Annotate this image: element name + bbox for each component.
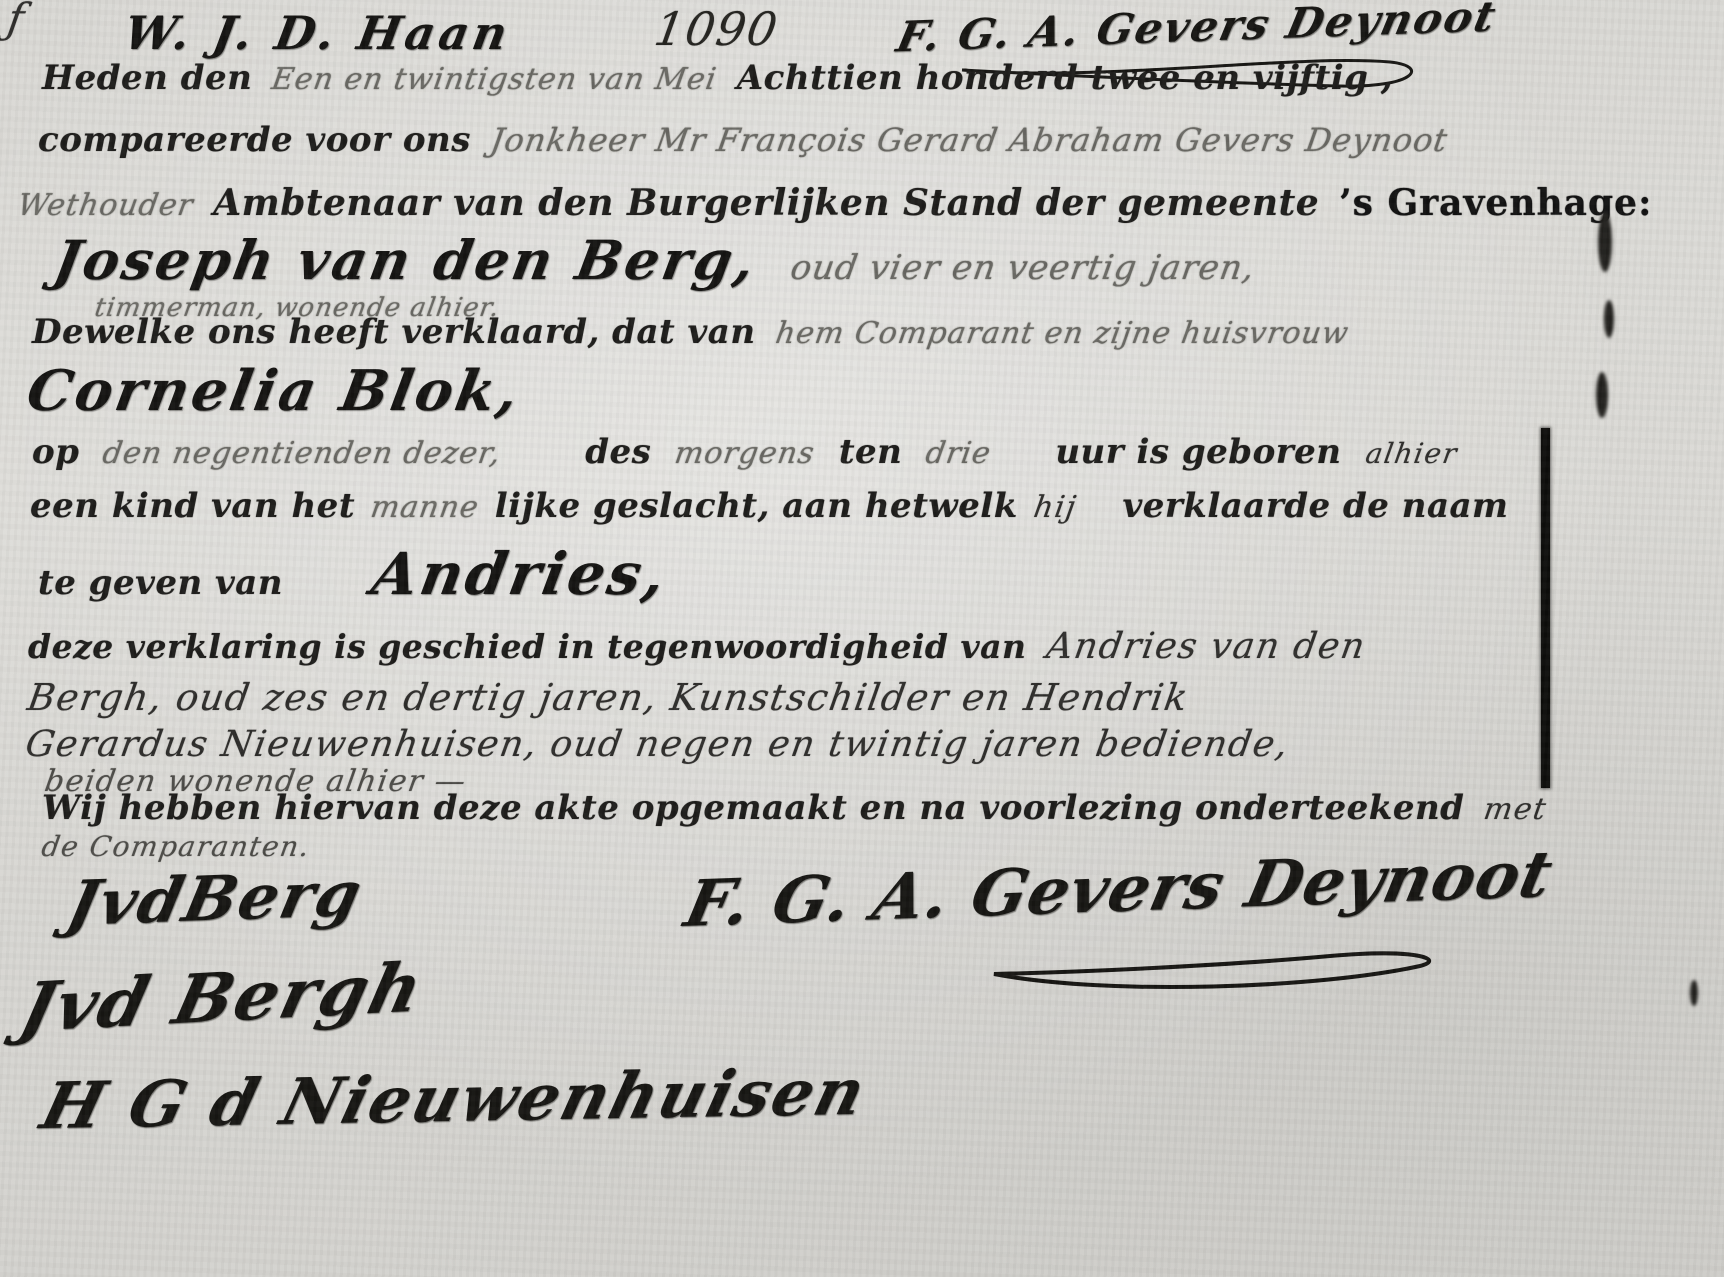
form-line-declarant: Joseph van den Berg, oud vier en veertig… (55, 228, 1255, 292)
act-number: 1090 (651, 2, 783, 56)
signature-nieuwenhuisen-witness: H G d Nieuwenhuisen (34, 1055, 874, 1144)
printed-text: lijke geslacht, aan hetwelk (495, 486, 1018, 526)
ink-speck (1598, 212, 1612, 272)
ink-speck (1690, 980, 1698, 1006)
printed-text: te geven van (38, 563, 283, 603)
handwritten-text: Bergh, oud zes en dertig jaren, Kunstsch… (25, 676, 1192, 719)
handwritten-text: hem Comparant en zijne huisvrouw (773, 316, 1351, 351)
handwritten-text: alhier (1363, 437, 1460, 470)
form-line-closing: Wij hebben hiervan deze akte opgemaakt e… (42, 788, 1547, 828)
printed-text: compareerde voor ons (38, 120, 471, 160)
ink-speck (1604, 300, 1614, 338)
printed-text: Heden den (42, 58, 252, 98)
handwritten-text: drie (924, 436, 994, 471)
handwritten-text: den negentienden dezer, (101, 436, 504, 471)
printed-text: verklaarde de naam (1123, 486, 1509, 526)
handwritten-text: de Comparanten. (39, 830, 312, 863)
printed-text: Dewelke ons heeft verklaard, dat van (32, 312, 756, 352)
form-line-official: compareerde voor ons Jonkheer Mr Françoi… (38, 120, 1447, 160)
handwritten-text: Jonkheer Mr François Gerard Abraham Geve… (488, 121, 1451, 159)
handwritten-text: Wethouder (15, 188, 196, 223)
signature-vd-bergh-witness: Jvd Bergh (13, 948, 432, 1049)
printed-text: een kind van het (30, 486, 355, 526)
form-line-date: Heden den Een en twintigsten van Mei Ach… (42, 58, 1393, 98)
handwritten-text: oud vier en veertig jaren, (788, 248, 1258, 288)
form-line-declaration: Dewelke ons heeft verklaard, dat van hem… (32, 312, 1348, 352)
margin-annotation: W. J. D. Haan (120, 6, 515, 60)
form-line-registrar: Wethouder Ambtenaar van den Burgerlijken… (18, 182, 1652, 224)
handwritten-text: Gerardus Nieuwenhuisen, oud negen en twi… (23, 724, 1292, 765)
certificate-scan: ƒ W. J. D. Haan 1090 F. G. A. Gevers Dey… (0, 0, 1724, 1277)
handwritten-text: manne (368, 490, 481, 525)
printed-text: Achttien honderd twee en vijftig , (737, 58, 1393, 98)
handwritten-name: Joseph van den Berg, (49, 228, 762, 292)
form-line-gender: een kind van het manne lijke geslacht, a… (30, 486, 1509, 526)
form-line-mother: Cornelia Blok, (28, 358, 520, 424)
form-line-witness-2: Gerardus Nieuwenhuisen, oud negen en twi… (26, 724, 1289, 765)
handwritten-name: Cornelia Blok, (22, 358, 526, 424)
printed-text: Ambtenaar van den Burgerlijken Stand der… (213, 182, 1319, 224)
handwritten-text: hij (1031, 490, 1079, 525)
handwritten-name: Andries, (367, 540, 673, 608)
printed-text: des (585, 432, 651, 472)
form-line-closing-2: de Comparanten. (42, 830, 310, 863)
form-line-child-name: te geven van Andries, (38, 540, 667, 608)
ink-speck (1596, 372, 1608, 418)
stray-pen-mark: ƒ (4, 0, 29, 43)
registrar-paraph: F. G. A. Gevers Deynoot (892, 0, 1501, 61)
handwritten-text: Een en twintigsten van Mei (270, 62, 720, 97)
handwritten-text: met (1482, 792, 1550, 827)
signature-joseph-van-den-berg: JvdBerg (61, 857, 370, 940)
printed-text: op (32, 432, 79, 472)
page-edge-mark (1541, 428, 1550, 788)
form-line-witness-1: Bergh, oud zes en dertig jaren, Kunstsch… (28, 676, 1189, 719)
printed-text: Wij hebben hiervan deze akte opgemaakt e… (42, 788, 1464, 828)
printed-text: uur is geboren (1055, 432, 1341, 472)
signature-flourish (990, 944, 1450, 1000)
handwritten-text: Andries van den (1043, 626, 1368, 667)
signature-gevers-deynoot: F. G. A. Gevers Deynoot (678, 837, 1559, 942)
form-line-birth-time: op den negentienden dezer, des morgens t… (32, 432, 1457, 472)
printed-text: ten (839, 432, 903, 472)
printed-text: deze verklaring is geschied in tegenwoor… (28, 627, 1027, 666)
handwritten-text: morgens (673, 436, 818, 471)
form-line-witness-intro: deze verklaring is geschied in tegenwoor… (28, 626, 1365, 667)
